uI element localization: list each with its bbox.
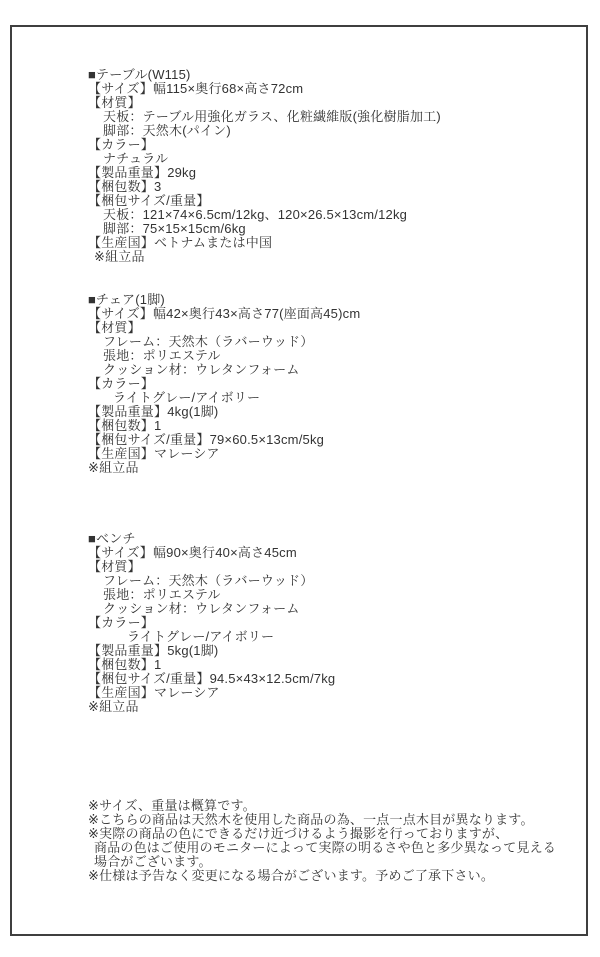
disclaimer-line: ※こちらの商品は天然木を使用した商品の為、一点一点木目が異なります。 xyxy=(88,813,578,827)
spec-line: 脚部：天然木(パイン) xyxy=(88,124,578,138)
assembly-note: ※組立品 xyxy=(88,250,578,264)
spec-line: フレーム：天然木（ラバーウッド） xyxy=(88,574,578,588)
spec-line: クッション材：ウレタンフォーム xyxy=(88,363,578,377)
spec-line: ナチュラル xyxy=(88,152,578,166)
product-title: ■チェア(1脚) xyxy=(88,293,578,307)
spec-line: 【製品重量】4kg(1脚) xyxy=(88,405,578,419)
product-title: ■ベンチ xyxy=(88,532,578,546)
spec-panel-border: ■テーブル(W115) 【サイズ】幅115×奥行68×高さ72cm 【材質】 天… xyxy=(10,25,588,936)
spec-line: 【サイズ】幅115×奥行68×高さ72cm xyxy=(88,82,578,96)
spec-line: 天板：テーブル用強化ガラス、化粧繊維版(強化樹脂加工) xyxy=(88,110,578,124)
spec-line: 天板：121×74×6.5cm/12kg、120×26.5×13cm/12kg xyxy=(88,208,578,222)
spec-line: 【梱包数】3 xyxy=(88,180,578,194)
spec-line: 【材質】 xyxy=(88,96,578,110)
disclaimer-line: ※実際の商品の色にできるだけ近づけるよう撮影を行っておりますが、 xyxy=(88,827,578,841)
spec-line: 【生産国】マレーシア xyxy=(88,686,578,700)
spec-line: クッション材：ウレタンフォーム xyxy=(88,602,578,616)
spec-line: 【生産国】マレーシア xyxy=(88,447,578,461)
spec-line: 【製品重量】29kg xyxy=(88,166,578,180)
spec-content: ■テーブル(W115) 【サイズ】幅115×奥行68×高さ72cm 【材質】 天… xyxy=(12,27,586,883)
product-title: ■テーブル(W115) xyxy=(88,68,578,82)
spec-line: 【生産国】ベトナムまたは中国 xyxy=(88,236,578,250)
spec-line: 張地：ポリエステル xyxy=(88,588,578,602)
spec-line: 【カラー】 xyxy=(88,616,578,630)
section-chair: ■チェア(1脚) 【サイズ】幅42×奥行43×高さ77(座面高45)cm 【材質… xyxy=(88,293,578,475)
section-bench: ■ベンチ 【サイズ】幅90×奥行40×高さ45cm 【材質】 フレーム：天然木（… xyxy=(88,532,578,714)
spec-line: 【梱包数】1 xyxy=(88,419,578,433)
disclaimer-line: 商品の色はご使用のモニターによって実際の明るさや色と多少異なって見える xyxy=(88,841,578,855)
spec-line: 【サイズ】幅90×奥行40×高さ45cm xyxy=(88,546,578,560)
disclaimer-line: ※サイズ、重量は概算です。 xyxy=(88,799,578,813)
spec-line: 【梱包サイズ/重量】79×60.5×13cm/5kg xyxy=(88,433,578,447)
spec-line: 張地：ポリエステル xyxy=(88,349,578,363)
spec-line: 【梱包数】1 xyxy=(88,658,578,672)
spec-line: ライトグレー/アイボリー xyxy=(88,391,578,405)
disclaimer-line: 場合がございます。 xyxy=(88,855,578,869)
disclaimer-line: ※仕様は予告なく変更になる場合がございます。予めご了承下さい。 xyxy=(88,869,578,883)
spec-line: 【梱包サイズ/重量】94.5×43×12.5cm/7kg xyxy=(88,672,578,686)
spec-line: 【材質】 xyxy=(88,560,578,574)
assembly-note: ※組立品 xyxy=(88,700,578,714)
spec-line: 【カラー】 xyxy=(88,138,578,152)
spec-line: フレーム：天然木（ラバーウッド） xyxy=(88,335,578,349)
spec-line: 【カラー】 xyxy=(88,377,578,391)
spec-line: 脚部：75×15×15cm/6kg xyxy=(88,222,578,236)
spec-line: 【梱包サイズ/重量】 xyxy=(88,194,578,208)
section-disclaimers: ※サイズ、重量は概算です。 ※こちらの商品は天然木を使用した商品の為、一点一点木… xyxy=(88,799,578,883)
assembly-note: ※組立品 xyxy=(88,461,578,475)
spec-line: 【サイズ】幅42×奥行43×高さ77(座面高45)cm xyxy=(88,307,578,321)
spec-line: 【製品重量】5kg(1脚) xyxy=(88,644,578,658)
spec-line: 【材質】 xyxy=(88,321,578,335)
section-table: ■テーブル(W115) 【サイズ】幅115×奥行68×高さ72cm 【材質】 天… xyxy=(88,68,578,264)
spec-line: ライトグレー/アイボリー xyxy=(88,630,578,644)
